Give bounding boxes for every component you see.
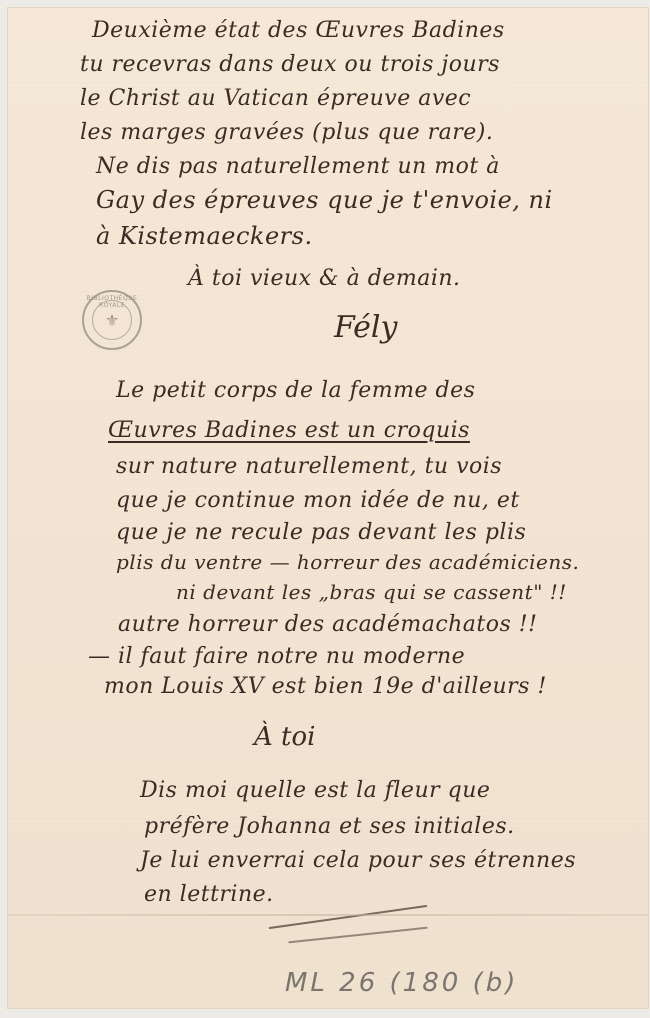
letter-line: Ne dis pas naturellement un mot à [96,154,500,179]
library-stamp: BIBLIOTHÈQUE ROYALE ⚜ [82,290,142,350]
pen-flourish [269,905,428,929]
closing-line: Je lui enverrai cela pour ses étrennes [140,848,576,873]
letter-line: à Kistemaeckers. [96,222,313,250]
postscript-line: que je ne recule pas devant les plis [116,520,526,545]
letter-line: le Christ au Vatican épreuve avec [80,86,471,111]
archive-shelfmark: ML 26 (180 (b) [285,968,518,998]
signature: Fély [334,310,397,345]
stamp-text: BIBLIOTHÈQUE ROYALE [84,295,140,309]
postscript-line: que je continue mon idée de nu, et [116,488,520,513]
pen-flourish [288,927,427,944]
closing-line: préfère Johanna et ses initiales. [144,814,515,839]
postscript-line: ni devant les „bras qui se cassent" !! [176,580,567,604]
closing-line: Dis moi quelle est la fleur que [140,778,490,803]
letter-line: Gay des épreuves que je t'envoie, ni [96,186,553,214]
letter-closing-line: À toi vieux & à demain. [188,266,461,291]
letter-line: tu recevras dans deux ou trois jours [80,52,500,77]
letter-line-text: Deuxième état des Œuvres Badines [92,18,505,43]
postscript-line: Œuvres Badines est un croquis [108,418,470,443]
postscript-line: mon Louis XV est bien 19e d'ailleurs ! [104,674,547,699]
letter-sheet: Deuxième état des Œuvres Badines tu rece… [8,8,648,1008]
postscript-signature: À toi [254,722,315,752]
paper-fold [8,914,648,916]
postscript-line: Le petit corps de la femme des [116,378,475,403]
letter-line: les marges gravées (plus que rare). [80,120,493,145]
postscript-line: autre horreur des académachatos !! [118,612,537,637]
letter-line: Deuxième état des Œuvres Badines [92,18,505,43]
fleur-de-lis-icon: ⚜ [105,311,119,330]
closing-line: en lettrine. [144,882,274,907]
postscript-line: sur nature naturellement, tu vois [116,454,502,479]
postscript-line: plis du ventre — horreur des académicien… [116,550,579,574]
postscript-line: — il faut faire notre nu moderne [88,644,465,669]
